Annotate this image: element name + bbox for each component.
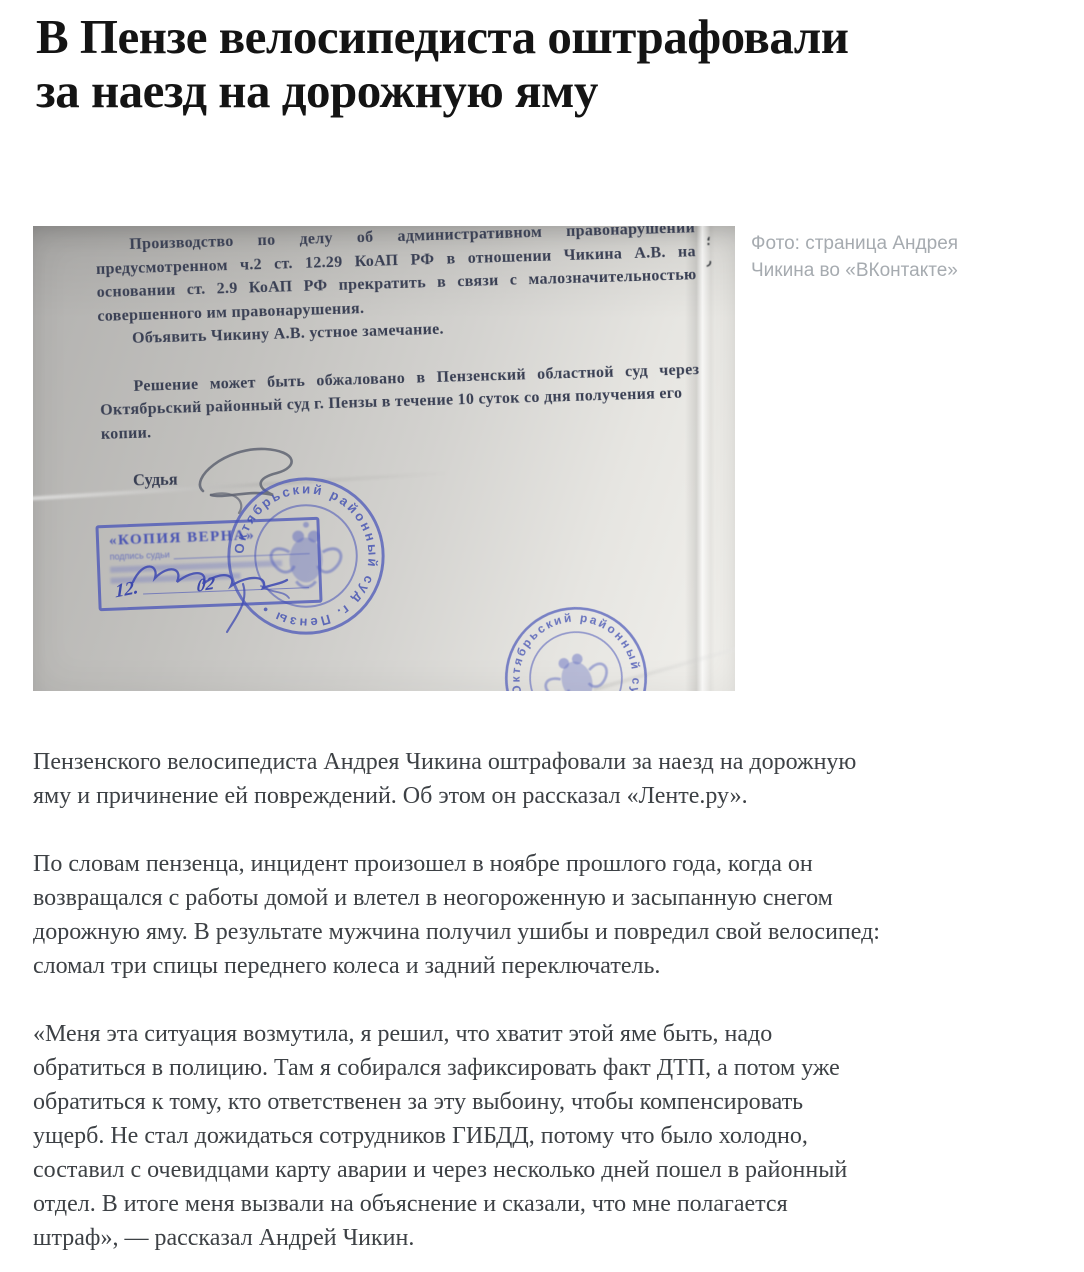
body-line: обратиться к тому, кто ответственен за э… xyxy=(33,1085,1054,1119)
coat-of-arms-emblem xyxy=(271,522,341,587)
body-line: По словам пензенца, инцидент произошел в… xyxy=(33,847,1054,881)
photo-edge-marks: ؛٫ xyxy=(705,232,719,282)
headline-line: В Пензе велосипедиста оштрафовали xyxy=(36,10,1054,64)
body-line: Пензенского велосипедиста Андрея Чикина … xyxy=(33,745,1054,779)
body-line: отдел. В итоге меня вызвали на объяснени… xyxy=(33,1187,1054,1221)
partial-round-stamp: Октябрьский районный суд г. Пензы • xyxy=(481,583,670,691)
paragraph: «Меня эта ситуация возмутила, я решил, ч… xyxy=(33,1017,1054,1255)
body-line: сломал три спицы переднего колеса и задн… xyxy=(33,949,1054,983)
headline-line: за наезд на дорожную яму xyxy=(36,64,1054,118)
body-line: дорожную яму. В результате мужчина получ… xyxy=(33,915,1054,949)
judge-label: Судья xyxy=(133,470,178,491)
round-stamp: Октябрьский районный суд г. Пензы • xyxy=(223,473,389,639)
body-line: составил с очевидцами карту аварии и чер… xyxy=(33,1153,1054,1187)
article-page: В Пензе велосипедиста оштрафовали за нае… xyxy=(0,10,1084,1255)
paragraph: Пензенского велосипедиста Андрея Чикина … xyxy=(33,745,1054,813)
body-line: яму и причинение ей повреждений. Об этом… xyxy=(33,779,1054,813)
body-line: обратиться в полицию. Там я собирался за… xyxy=(33,1051,1054,1085)
court-document-photo: Производство по делу об административном… xyxy=(33,226,735,691)
body-line: ущерб. Не стал дожидаться сотрудников ГИ… xyxy=(33,1119,1054,1153)
body-line: «Меня эта ситуация возмутила, я решил, ч… xyxy=(33,1017,1054,1051)
article-figure: Производство по делу об административном… xyxy=(33,226,1054,691)
body-line: штраф», — рассказал Андрей Чикин. xyxy=(33,1221,1054,1255)
body-line: возвращался с работы домой и влетел в не… xyxy=(33,881,1054,915)
article-body: Пензенского велосипедиста Андрея Чикина … xyxy=(33,745,1054,1255)
photo-caption: Фото: страница Андрея Чикина во «ВКонтак… xyxy=(751,230,1001,284)
document-text: Производство по делу об административном… xyxy=(95,226,701,446)
coat-of-arms-emblem xyxy=(539,646,613,691)
paragraph: По словам пензенца, инцидент произошел в… xyxy=(33,847,1054,983)
article-headline: В Пензе велосипедиста оштрафовали за нае… xyxy=(36,10,1054,118)
